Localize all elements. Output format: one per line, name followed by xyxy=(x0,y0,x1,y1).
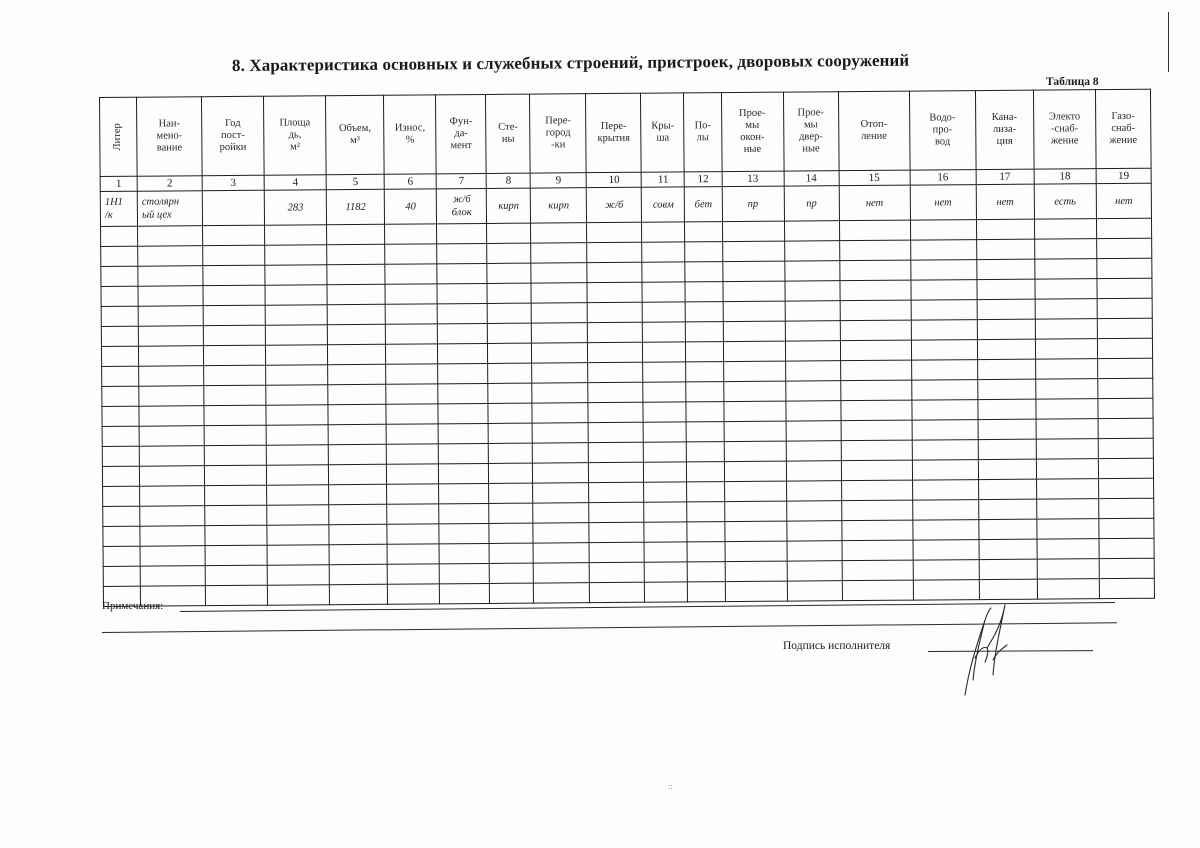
table-cell-empty[interactable] xyxy=(265,325,327,345)
table-cell-empty[interactable] xyxy=(488,363,532,383)
table-cell-empty[interactable] xyxy=(101,226,138,246)
table-cell-empty[interactable] xyxy=(841,500,912,521)
table-cell-empty[interactable] xyxy=(722,281,784,301)
table-cell-empty[interactable] xyxy=(140,566,205,587)
table-cell-empty[interactable] xyxy=(724,461,786,481)
table-cell-empty[interactable] xyxy=(643,382,686,402)
table-cell-empty[interactable] xyxy=(685,282,722,302)
table-cell-empty[interactable] xyxy=(724,521,786,541)
table-cell-empty[interactable] xyxy=(976,219,1034,239)
table-cell-empty[interactable] xyxy=(386,344,438,364)
table-cell-empty[interactable] xyxy=(977,299,1035,319)
table-cell-empty[interactable] xyxy=(140,546,205,567)
table-cell-empty[interactable] xyxy=(385,264,437,284)
table-cell-empty[interactable] xyxy=(644,462,687,482)
table-cell-empty[interactable] xyxy=(978,399,1036,419)
table-cell-empty[interactable] xyxy=(489,543,533,563)
table-cell-empty[interactable] xyxy=(437,263,487,283)
table-cell-empty[interactable] xyxy=(385,284,437,304)
table-cell-empty[interactable] xyxy=(487,303,531,323)
table-cell-empty[interactable] xyxy=(1034,239,1096,259)
table-cell-empty[interactable] xyxy=(329,464,387,484)
table-cell-empty[interactable] xyxy=(103,506,140,526)
table-cell-empty[interactable] xyxy=(388,584,440,604)
table-cell-empty[interactable] xyxy=(139,406,204,427)
table-cell-empty[interactable] xyxy=(265,285,327,305)
table-cell-empty[interactable] xyxy=(204,405,266,425)
table-cell-empty[interactable] xyxy=(267,525,329,545)
table-cell-empty[interactable] xyxy=(589,442,644,462)
table-cell-empty[interactable] xyxy=(977,279,1035,299)
table-cell-empty[interactable] xyxy=(265,265,327,285)
table-cell[interactable]: бет xyxy=(685,187,722,222)
table-cell-empty[interactable] xyxy=(840,340,911,361)
table-cell-empty[interactable] xyxy=(265,305,327,325)
table-cell-empty[interactable] xyxy=(102,366,139,386)
table-cell-empty[interactable] xyxy=(840,280,911,301)
table-cell-empty[interactable] xyxy=(329,504,387,524)
table-cell-empty[interactable] xyxy=(978,419,1036,439)
table-cell-empty[interactable] xyxy=(329,544,387,564)
table-cell-empty[interactable] xyxy=(722,241,784,261)
table-cell-empty[interactable] xyxy=(1036,499,1098,519)
table-cell-empty[interactable] xyxy=(138,346,203,367)
table-cell-empty[interactable] xyxy=(204,345,266,365)
table-cell[interactable]: ж/б xyxy=(587,187,642,222)
table-cell-empty[interactable] xyxy=(205,525,267,545)
table-cell-empty[interactable] xyxy=(139,366,204,387)
table-cell-empty[interactable] xyxy=(329,524,387,544)
table-cell-empty[interactable] xyxy=(533,463,589,483)
table-cell-empty[interactable] xyxy=(439,503,489,523)
table-cell-empty[interactable] xyxy=(532,343,588,363)
table-cell-empty[interactable] xyxy=(912,440,978,461)
table-cell-empty[interactable] xyxy=(911,360,977,381)
table-cell-empty[interactable] xyxy=(140,506,205,527)
table-cell-empty[interactable] xyxy=(102,386,139,406)
table-cell-empty[interactable] xyxy=(138,286,203,307)
table-cell-empty[interactable] xyxy=(533,443,589,463)
table-cell-empty[interactable] xyxy=(1098,458,1153,478)
table-cell[interactable]: 40 xyxy=(384,189,436,224)
table-cell-empty[interactable] xyxy=(911,280,977,301)
table-cell-empty[interactable] xyxy=(267,565,329,585)
table-cell-empty[interactable] xyxy=(912,460,978,481)
table-cell-empty[interactable] xyxy=(439,523,489,543)
table-cell-empty[interactable] xyxy=(590,562,645,582)
table-cell-empty[interactable] xyxy=(101,246,138,266)
table-cell-empty[interactable] xyxy=(101,266,138,286)
table-cell-empty[interactable] xyxy=(910,240,976,261)
table-cell-empty[interactable] xyxy=(327,244,385,264)
table-cell-empty[interactable] xyxy=(841,460,912,481)
table-cell-empty[interactable] xyxy=(912,420,978,441)
table-cell-empty[interactable] xyxy=(266,445,328,465)
table-cell-empty[interactable] xyxy=(266,385,328,405)
table-cell-empty[interactable] xyxy=(724,421,786,441)
table-cell-empty[interactable] xyxy=(1036,419,1098,439)
table-cell-empty[interactable] xyxy=(328,344,386,364)
table-cell-empty[interactable] xyxy=(140,486,205,507)
table-cell-empty[interactable] xyxy=(531,223,587,243)
table-cell-empty[interactable] xyxy=(978,459,1036,479)
table-cell-empty[interactable] xyxy=(913,520,979,541)
table-cell-empty[interactable] xyxy=(490,583,534,603)
table-cell-empty[interactable] xyxy=(385,224,437,244)
table-cell-empty[interactable] xyxy=(725,561,787,581)
table-cell-empty[interactable] xyxy=(1036,399,1098,419)
table-cell-empty[interactable] xyxy=(1035,359,1097,379)
table-cell-empty[interactable] xyxy=(841,400,912,421)
table-cell-empty[interactable] xyxy=(438,323,488,343)
table-cell-empty[interactable] xyxy=(1035,339,1097,359)
table-cell-empty[interactable] xyxy=(587,242,642,262)
table-cell-empty[interactable] xyxy=(785,401,840,421)
table-cell-empty[interactable] xyxy=(687,542,724,562)
table-cell-empty[interactable] xyxy=(387,564,439,584)
table-cell-empty[interactable] xyxy=(722,261,784,281)
table-cell-empty[interactable] xyxy=(785,301,840,321)
table-cell-empty[interactable] xyxy=(977,339,1035,359)
table-cell-empty[interactable] xyxy=(489,443,533,463)
table-cell[interactable]: кирп xyxy=(531,188,587,223)
table-cell-empty[interactable] xyxy=(1037,539,1099,559)
table-cell-empty[interactable] xyxy=(203,285,265,305)
table-cell-empty[interactable] xyxy=(642,282,685,302)
table-cell-empty[interactable] xyxy=(685,242,722,262)
table-cell-empty[interactable] xyxy=(1099,578,1154,598)
table-cell-empty[interactable] xyxy=(102,446,139,466)
table-cell-empty[interactable] xyxy=(1098,378,1153,398)
table-cell-empty[interactable] xyxy=(644,422,687,442)
table-cell-empty[interactable] xyxy=(913,560,979,581)
table-cell-empty[interactable] xyxy=(265,245,327,265)
table-cell-empty[interactable] xyxy=(139,426,204,447)
table-cell-empty[interactable] xyxy=(487,263,531,283)
table-cell-empty[interactable] xyxy=(533,503,589,523)
table-cell-empty[interactable] xyxy=(787,581,842,601)
table-cell-empty[interactable] xyxy=(1036,439,1098,459)
table-cell-empty[interactable] xyxy=(785,361,840,381)
table-cell-empty[interactable] xyxy=(488,343,532,363)
table-cell-empty[interactable] xyxy=(842,580,913,601)
table-cell-empty[interactable] xyxy=(1034,219,1096,239)
table-cell-empty[interactable] xyxy=(643,322,686,342)
table-cell-empty[interactable] xyxy=(1097,358,1152,378)
table-cell-empty[interactable] xyxy=(979,559,1037,579)
table-cell-empty[interactable] xyxy=(911,320,977,341)
table-cell-empty[interactable] xyxy=(439,563,489,583)
table-cell-empty[interactable] xyxy=(642,262,685,282)
table-cell-empty[interactable] xyxy=(589,542,644,562)
table-cell-empty[interactable] xyxy=(977,359,1035,379)
table-cell-empty[interactable] xyxy=(438,363,488,383)
table-cell-empty[interactable] xyxy=(642,222,685,242)
table-cell-empty[interactable] xyxy=(723,381,785,401)
table-cell-empty[interactable] xyxy=(978,439,1036,459)
table-cell-empty[interactable] xyxy=(1097,278,1152,298)
table-cell-empty[interactable] xyxy=(839,260,910,281)
table-cell-empty[interactable] xyxy=(385,304,437,324)
table-cell-empty[interactable] xyxy=(139,446,204,467)
table-cell[interactable]: нет xyxy=(1096,183,1151,218)
table-cell-empty[interactable] xyxy=(723,401,785,421)
table-cell[interactable]: пр xyxy=(722,186,784,221)
table-cell-empty[interactable] xyxy=(205,565,267,585)
table-cell-empty[interactable] xyxy=(204,385,266,405)
table-cell-empty[interactable] xyxy=(487,283,531,303)
table-cell-empty[interactable] xyxy=(488,323,532,343)
table-cell-empty[interactable] xyxy=(387,484,439,504)
table-cell-empty[interactable] xyxy=(1097,258,1152,278)
table-cell-empty[interactable] xyxy=(440,583,490,603)
table-cell-empty[interactable] xyxy=(386,444,438,464)
table-cell-empty[interactable] xyxy=(642,242,685,262)
table-cell-empty[interactable] xyxy=(101,326,138,346)
table-cell-empty[interactable] xyxy=(687,462,724,482)
table-cell-empty[interactable] xyxy=(978,479,1036,499)
table-cell-empty[interactable] xyxy=(589,482,644,502)
table-cell-empty[interactable] xyxy=(267,585,329,605)
table-cell-empty[interactable] xyxy=(438,403,488,423)
table-cell-empty[interactable] xyxy=(386,384,438,404)
table-cell-empty[interactable] xyxy=(840,380,911,401)
table-cell-empty[interactable] xyxy=(977,319,1035,339)
table-cell-empty[interactable] xyxy=(725,581,787,601)
table-cell-empty[interactable] xyxy=(386,364,438,384)
table-cell-empty[interactable] xyxy=(487,243,531,263)
table-cell-empty[interactable] xyxy=(643,402,686,422)
table-cell-empty[interactable] xyxy=(1035,319,1097,339)
table-cell-empty[interactable] xyxy=(724,441,786,461)
table-cell[interactable]: нет xyxy=(976,184,1034,219)
table-cell-empty[interactable] xyxy=(1036,459,1098,479)
table-cell-empty[interactable] xyxy=(686,362,723,382)
table-cell-empty[interactable] xyxy=(103,546,140,566)
table-cell-empty[interactable] xyxy=(204,445,266,465)
table-cell-empty[interactable] xyxy=(1099,558,1154,578)
table-cell-empty[interactable] xyxy=(723,301,785,321)
table-cell-empty[interactable] xyxy=(688,562,725,582)
table-cell-empty[interactable] xyxy=(1099,518,1154,538)
table-cell-empty[interactable] xyxy=(1037,579,1099,599)
table-cell-empty[interactable] xyxy=(532,363,588,383)
table-cell-empty[interactable] xyxy=(913,580,979,601)
table-cell-empty[interactable] xyxy=(644,522,687,542)
table-cell-empty[interactable] xyxy=(139,386,204,407)
table-cell[interactable]: 1182 xyxy=(326,189,384,224)
table-cell-empty[interactable] xyxy=(488,383,532,403)
table-cell-empty[interactable] xyxy=(438,343,488,363)
table-cell-empty[interactable] xyxy=(203,245,265,265)
table-cell-empty[interactable] xyxy=(266,425,328,445)
table-cell-empty[interactable] xyxy=(532,423,588,443)
table-cell-empty[interactable] xyxy=(1036,379,1098,399)
table-cell-empty[interactable] xyxy=(977,259,1035,279)
table-cell-empty[interactable] xyxy=(489,563,533,583)
table-cell-empty[interactable] xyxy=(784,221,839,241)
table-cell-empty[interactable] xyxy=(685,262,722,282)
table-cell-empty[interactable] xyxy=(267,485,329,505)
table-cell-empty[interactable] xyxy=(266,345,328,365)
table-cell-empty[interactable] xyxy=(203,225,265,245)
table-cell-empty[interactable] xyxy=(1035,279,1097,299)
table-cell-empty[interactable] xyxy=(439,483,489,503)
table-cell-empty[interactable] xyxy=(786,481,841,501)
table-cell-empty[interactable] xyxy=(103,486,140,506)
table-cell-empty[interactable] xyxy=(686,382,723,402)
table-cell-empty[interactable] xyxy=(487,223,531,243)
table-cell-empty[interactable] xyxy=(589,502,644,522)
table-cell-empty[interactable] xyxy=(103,526,140,546)
table-cell-empty[interactable] xyxy=(489,463,533,483)
table-cell-empty[interactable] xyxy=(587,282,642,302)
table-cell-empty[interactable] xyxy=(722,221,784,241)
table-cell-empty[interactable] xyxy=(839,220,910,241)
table-cell-empty[interactable] xyxy=(644,502,687,522)
table-cell-empty[interactable] xyxy=(1037,519,1099,539)
table-cell-empty[interactable] xyxy=(439,543,489,563)
table-cell-empty[interactable] xyxy=(840,360,911,381)
table-cell-empty[interactable] xyxy=(438,423,488,443)
table-cell[interactable]: пр xyxy=(784,186,839,221)
table-cell[interactable]: ж/б блок xyxy=(436,188,486,223)
table-cell-empty[interactable] xyxy=(841,480,912,501)
table-cell-empty[interactable] xyxy=(644,442,687,462)
table-cell-empty[interactable] xyxy=(786,441,841,461)
table-cell-empty[interactable] xyxy=(138,266,203,287)
table-cell-empty[interactable] xyxy=(205,585,267,605)
table-cell-empty[interactable] xyxy=(102,466,139,486)
table-cell-empty[interactable] xyxy=(587,262,642,282)
table-cell-empty[interactable] xyxy=(387,504,439,524)
table-cell-empty[interactable] xyxy=(439,443,489,463)
table-cell-empty[interactable] xyxy=(685,222,722,242)
table-cell-empty[interactable] xyxy=(204,465,266,485)
table-cell[interactable] xyxy=(202,190,264,225)
table-cell-empty[interactable] xyxy=(785,341,840,361)
table-cell-empty[interactable] xyxy=(387,524,439,544)
table-cell-empty[interactable] xyxy=(910,260,976,281)
table-cell-empty[interactable] xyxy=(1097,298,1152,318)
table-cell-empty[interactable] xyxy=(531,263,587,283)
table-cell-empty[interactable] xyxy=(329,564,387,584)
table-cell-empty[interactable] xyxy=(588,342,643,362)
table-cell[interactable]: 283 xyxy=(264,190,326,225)
table-cell-empty[interactable] xyxy=(687,422,724,442)
table-cell-empty[interactable] xyxy=(979,579,1037,599)
table-cell-empty[interactable] xyxy=(138,306,203,327)
table-cell-empty[interactable] xyxy=(911,340,977,361)
table-cell-empty[interactable] xyxy=(687,522,724,542)
table-cell-empty[interactable] xyxy=(723,361,785,381)
table-cell-empty[interactable] xyxy=(588,422,643,442)
table-cell-empty[interactable] xyxy=(686,302,723,322)
table-cell-empty[interactable] xyxy=(1098,498,1153,518)
table-cell-empty[interactable] xyxy=(328,424,386,444)
table-cell-empty[interactable] xyxy=(205,485,267,505)
table-cell-empty[interactable] xyxy=(686,342,723,362)
table-cell-empty[interactable] xyxy=(913,540,979,561)
table-cell-empty[interactable] xyxy=(327,224,385,244)
table-cell-empty[interactable] xyxy=(1099,538,1154,558)
table-cell-empty[interactable] xyxy=(204,425,266,445)
table-cell-empty[interactable] xyxy=(266,405,328,425)
table-cell-empty[interactable] xyxy=(912,480,978,501)
table-cell-empty[interactable] xyxy=(328,384,386,404)
table-cell-empty[interactable] xyxy=(1037,559,1099,579)
table-cell-empty[interactable] xyxy=(784,241,839,261)
table-cell-empty[interactable] xyxy=(785,281,840,301)
table-cell-empty[interactable] xyxy=(588,382,643,402)
table-cell-empty[interactable] xyxy=(787,541,842,561)
table-cell-empty[interactable] xyxy=(590,582,645,602)
table-cell-empty[interactable] xyxy=(840,300,911,321)
table-cell-empty[interactable] xyxy=(138,226,203,247)
table-cell-empty[interactable] xyxy=(488,403,532,423)
table-cell-empty[interactable] xyxy=(786,501,841,521)
table-cell-empty[interactable] xyxy=(841,520,912,541)
table-cell-empty[interactable] xyxy=(724,501,786,521)
table-cell-empty[interactable] xyxy=(911,380,977,401)
table-cell-empty[interactable] xyxy=(912,400,978,421)
table-cell-empty[interactable] xyxy=(267,505,329,525)
table-cell-empty[interactable] xyxy=(643,362,686,382)
table-cell-empty[interactable] xyxy=(786,521,841,541)
table-cell-empty[interactable] xyxy=(1098,438,1153,458)
table-cell-empty[interactable] xyxy=(534,583,590,603)
table-cell-empty[interactable] xyxy=(841,440,912,461)
table-cell-empty[interactable] xyxy=(687,482,724,502)
table-cell-empty[interactable] xyxy=(387,544,439,564)
table-cell-empty[interactable] xyxy=(784,261,839,281)
table-cell-empty[interactable] xyxy=(101,286,138,306)
table-cell-empty[interactable] xyxy=(1035,259,1097,279)
table-cell-empty[interactable] xyxy=(588,402,643,422)
table-cell-empty[interactable] xyxy=(533,543,589,563)
table-cell-empty[interactable] xyxy=(533,523,589,543)
table-cell-empty[interactable] xyxy=(327,324,385,344)
table-cell[interactable]: 1Н1 /к xyxy=(100,191,137,226)
table-cell-empty[interactable] xyxy=(1035,299,1097,319)
table-cell-empty[interactable] xyxy=(489,523,533,543)
table-cell-empty[interactable] xyxy=(327,284,385,304)
table-cell-empty[interactable] xyxy=(588,362,643,382)
table-cell-empty[interactable] xyxy=(266,365,328,385)
table-cell-empty[interactable] xyxy=(588,302,643,322)
table-cell-empty[interactable] xyxy=(439,463,489,483)
table-cell-empty[interactable] xyxy=(688,582,725,602)
table-cell-empty[interactable] xyxy=(103,566,140,586)
table-cell-empty[interactable] xyxy=(437,303,487,323)
table-cell-empty[interactable] xyxy=(724,481,786,501)
table-cell-empty[interactable] xyxy=(267,545,329,565)
table-cell-empty[interactable] xyxy=(1096,218,1151,238)
table-cell-empty[interactable] xyxy=(204,365,266,385)
table-cell-empty[interactable] xyxy=(328,364,386,384)
table-cell-empty[interactable] xyxy=(725,541,787,561)
table-cell-empty[interactable] xyxy=(643,302,686,322)
table-cell-empty[interactable] xyxy=(840,320,911,341)
table-cell-empty[interactable] xyxy=(328,444,386,464)
table-cell[interactable]: есть xyxy=(1034,184,1096,219)
table-cell-empty[interactable] xyxy=(979,519,1037,539)
table-cell-empty[interactable] xyxy=(203,265,265,285)
table-cell-empty[interactable] xyxy=(1098,398,1153,418)
table-cell-empty[interactable] xyxy=(101,346,138,366)
table-cell-empty[interactable] xyxy=(387,464,439,484)
table-cell-empty[interactable] xyxy=(645,562,688,582)
